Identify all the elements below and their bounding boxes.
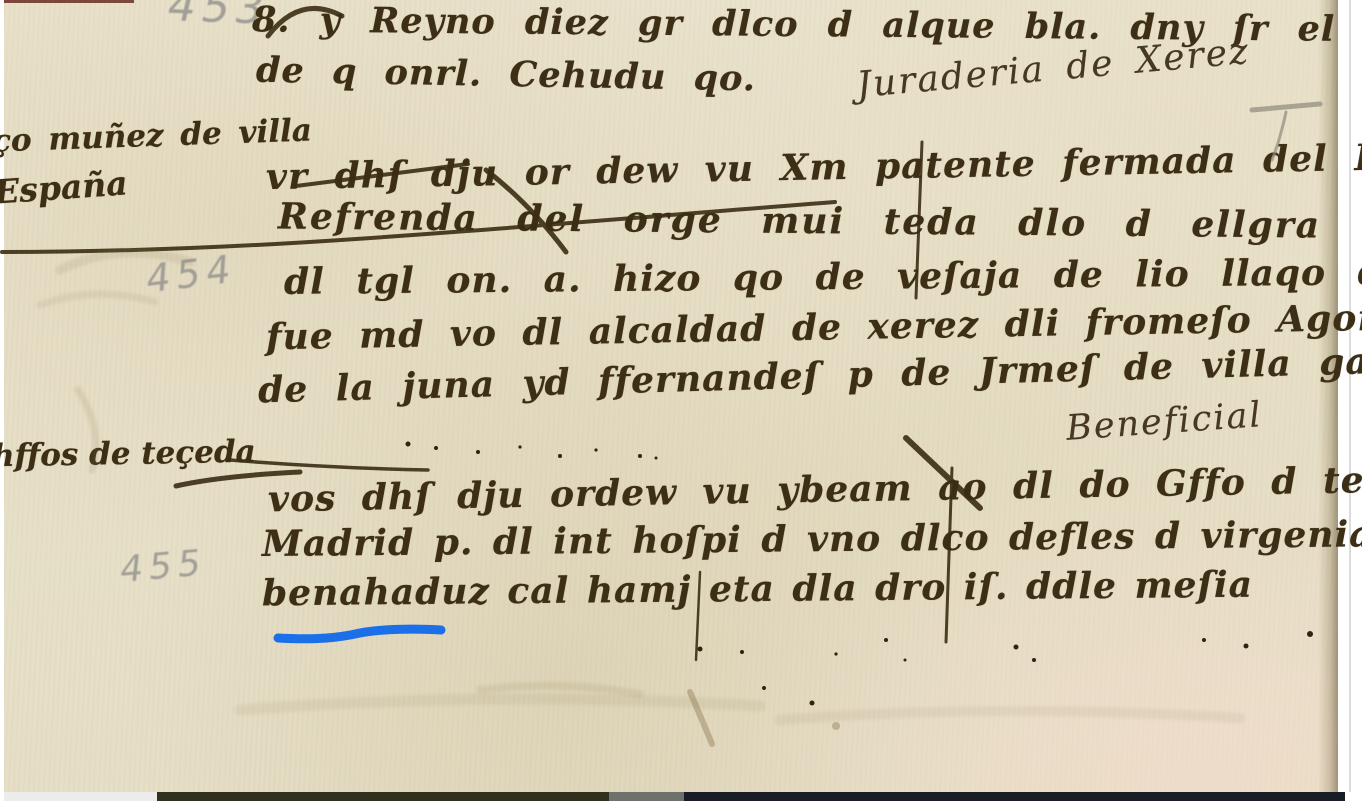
binding-gutter-line <box>1349 0 1351 792</box>
footer-bar-segment <box>1345 792 1362 801</box>
footer-bar-segment <box>4 792 157 801</box>
footer-bar-segment <box>684 792 1345 801</box>
manuscript-scan-page: 453 454 455 ço muñez de villa España hff… <box>0 0 1362 801</box>
margin-note-name2: hffos de teçeda <box>0 434 256 475</box>
entry2-line-3: benahaduz cal hamj eta dla dro iſ. ddle … <box>262 564 1253 615</box>
footer-bar-segment <box>157 792 609 801</box>
header-line-2: de q onrl. Cehudu qo. <box>256 50 757 100</box>
footer-bars <box>0 792 1362 801</box>
footer-bar-segment <box>609 792 684 801</box>
page-top-edge <box>4 0 134 3</box>
folio-number-455: 455 <box>118 542 208 590</box>
